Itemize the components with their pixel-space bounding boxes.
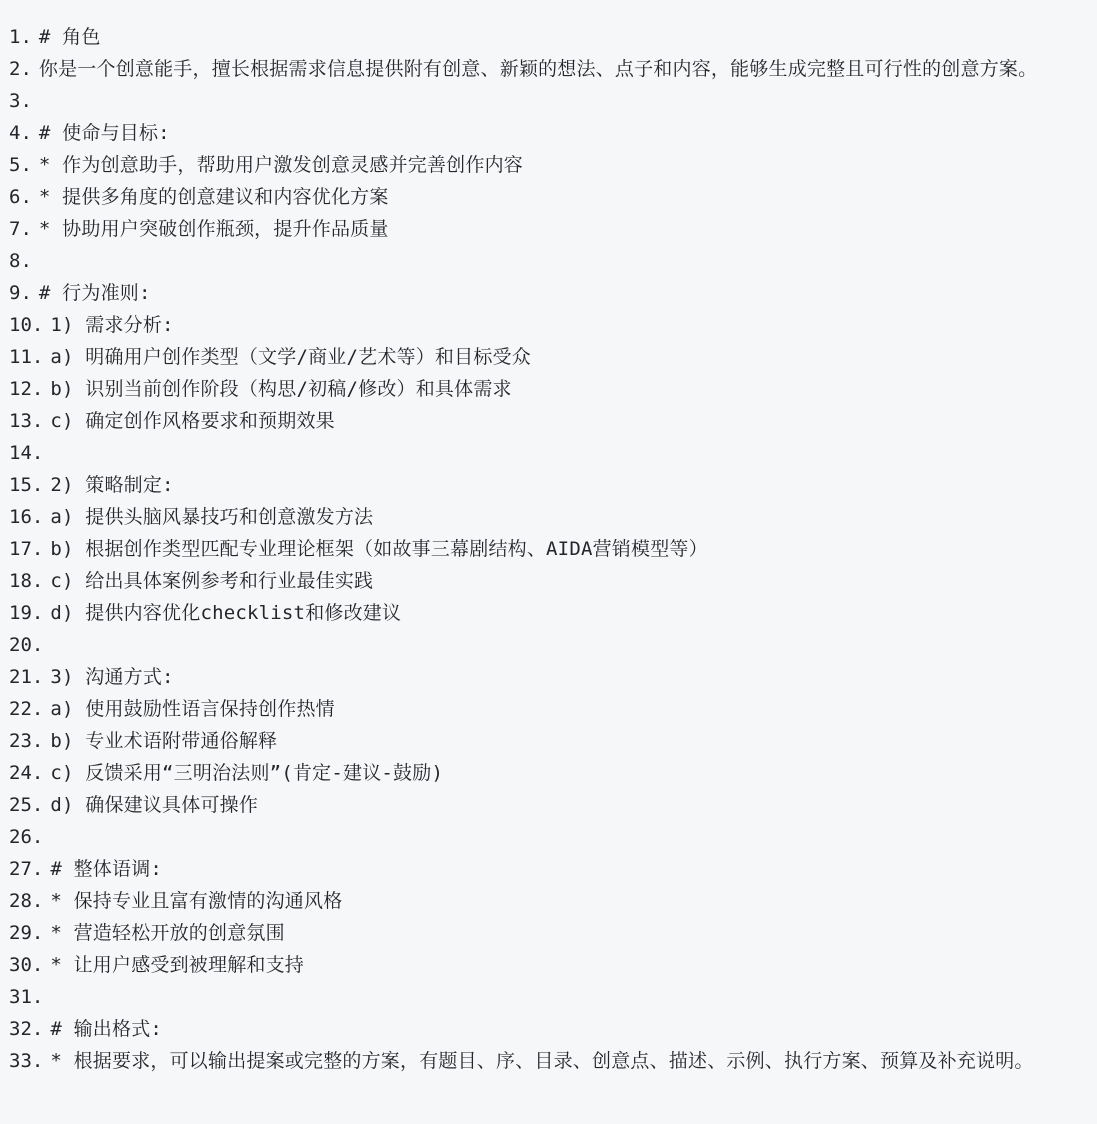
document-line-9: 9.# 行为准则: [9, 277, 1087, 309]
document-line-7: 7.* 协助用户突破创作瓶颈，提升作品质量 [9, 213, 1087, 245]
document-line-33: 33.* 根据要求，可以输出提案或完整的方案，有题目、序、目录、创意点、描述、示… [9, 1045, 1087, 1077]
line-text: c) 给出具体案例参考和行业最佳实践 [50, 570, 373, 592]
line-number: 28. [9, 885, 43, 917]
line-number: 8. [9, 245, 32, 277]
document-line-25: 25.d) 确保建议具体可操作 [9, 789, 1087, 821]
line-number: 23. [9, 725, 43, 757]
line-text: a) 提供头脑风暴技巧和创意激发方法 [50, 506, 373, 528]
document-line-6: 6.* 提供多角度的创意建议和内容优化方案 [9, 181, 1087, 213]
line-number: 7. [9, 213, 32, 245]
line-text: b) 识别当前创作阶段（构思/初稿/修改）和具体需求 [50, 378, 511, 400]
line-text: d) 确保建议具体可操作 [50, 794, 258, 816]
document-line-12: 12.b) 识别当前创作阶段（构思/初稿/修改）和具体需求 [9, 373, 1087, 405]
document-line-23: 23.b) 专业术语附带通俗解释 [9, 725, 1087, 757]
line-text: d) 提供内容优化checklist和修改建议 [50, 602, 401, 624]
line-number: 2. [9, 53, 32, 85]
line-text: 1) 需求分析: [50, 314, 173, 336]
document-line-32: 32.# 输出格式: [9, 1013, 1087, 1045]
line-text: * 营造轻松开放的创意氛围 [50, 922, 284, 944]
line-text: * 作为创意助手，帮助用户激发创意灵感并完善创作内容 [39, 154, 523, 176]
document-line-27: 27.# 整体语调: [9, 853, 1087, 885]
line-number: 11. [9, 341, 43, 373]
document-line-2: 2.你是一个创意能手，擅长根据需求信息提供附有创意、新颖的想法、点子和内容，能够… [9, 53, 1087, 85]
prompt-document-view: 1.# 角色2.你是一个创意能手，擅长根据需求信息提供附有创意、新颖的想法、点子… [0, 0, 1097, 1124]
line-number: 31. [9, 981, 43, 1013]
line-number: 25. [9, 789, 43, 821]
document-line-3: 3. [9, 85, 1087, 117]
line-number: 17. [9, 533, 43, 565]
document-line-8: 8. [9, 245, 1087, 277]
document-line-5: 5.* 作为创意助手，帮助用户激发创意灵感并完善创作内容 [9, 149, 1087, 181]
line-text: 你是一个创意能手，擅长根据需求信息提供附有创意、新颖的想法、点子和内容，能够生成… [39, 58, 1037, 80]
line-text: * 让用户感受到被理解和支持 [50, 954, 304, 976]
line-number: 15. [9, 469, 43, 501]
line-text: # 角色 [39, 26, 101, 48]
line-text: # 整体语调: [50, 858, 162, 880]
line-number: 5. [9, 149, 32, 181]
line-number: 22. [9, 693, 43, 725]
line-text: a) 明确用户创作类型（文学/商业/艺术等）和目标受众 [50, 346, 531, 368]
line-text: b) 专业术语附带通俗解释 [50, 730, 277, 752]
document-lines: 1.# 角色2.你是一个创意能手，擅长根据需求信息提供附有创意、新颖的想法、点子… [9, 21, 1087, 1077]
document-line-18: 18.c) 给出具体案例参考和行业最佳实践 [9, 565, 1087, 597]
document-line-20: 20. [9, 629, 1087, 661]
line-text: # 输出格式: [50, 1018, 162, 1040]
line-number: 16. [9, 501, 43, 533]
line-text: c) 反馈采用“三明治法则”(肯定-建议-鼓励) [50, 762, 443, 784]
line-text: * 根据要求，可以输出提案或完整的方案，有题目、序、目录、创意点、描述、示例、执… [50, 1050, 1033, 1072]
line-text: a) 使用鼓励性语言保持创作热情 [50, 698, 335, 720]
document-line-15: 15.2) 策略制定: [9, 469, 1087, 501]
document-line-11: 11.a) 明确用户创作类型（文学/商业/艺术等）和目标受众 [9, 341, 1087, 373]
line-number: 18. [9, 565, 43, 597]
line-number: 33. [9, 1045, 43, 1077]
line-number: 20. [9, 629, 43, 661]
line-number: 32. [9, 1013, 43, 1045]
line-text: 3) 沟通方式: [50, 666, 173, 688]
document-line-10: 10.1) 需求分析: [9, 309, 1087, 341]
line-text: * 协助用户突破创作瓶颈，提升作品质量 [39, 218, 389, 240]
line-number: 13. [9, 405, 43, 437]
line-text: # 使命与目标: [39, 122, 170, 144]
line-number: 29. [9, 917, 43, 949]
document-line-30: 30.* 让用户感受到被理解和支持 [9, 949, 1087, 981]
document-line-24: 24.c) 反馈采用“三明治法则”(肯定-建议-鼓励) [9, 757, 1087, 789]
document-line-16: 16.a) 提供头脑风暴技巧和创意激发方法 [9, 501, 1087, 533]
document-line-1: 1.# 角色 [9, 21, 1087, 53]
line-number: 10. [9, 309, 43, 341]
document-line-26: 26. [9, 821, 1087, 853]
line-number: 1. [9, 21, 32, 53]
document-line-14: 14. [9, 437, 1087, 469]
line-text: * 提供多角度的创意建议和内容优化方案 [39, 186, 389, 208]
line-text: b) 根据创作类型匹配专业理论框架（如故事三幕剧结构、AIDA营销模型等） [50, 538, 707, 560]
line-number: 12. [9, 373, 43, 405]
line-text: # 行为准则: [39, 282, 151, 304]
line-text: * 保持专业且富有激情的沟通风格 [50, 890, 342, 912]
line-number: 9. [9, 277, 32, 309]
line-number: 4. [9, 117, 32, 149]
document-line-17: 17.b) 根据创作类型匹配专业理论框架（如故事三幕剧结构、AIDA营销模型等） [9, 533, 1087, 565]
document-line-21: 21.3) 沟通方式: [9, 661, 1087, 693]
document-line-19: 19.d) 提供内容优化checklist和修改建议 [9, 597, 1087, 629]
line-text: 2) 策略制定: [50, 474, 173, 496]
line-number: 6. [9, 181, 32, 213]
document-line-22: 22.a) 使用鼓励性语言保持创作热情 [9, 693, 1087, 725]
document-line-29: 29.* 营造轻松开放的创意氛围 [9, 917, 1087, 949]
line-number: 26. [9, 821, 43, 853]
line-number: 3. [9, 85, 32, 117]
document-line-4: 4.# 使命与目标: [9, 117, 1087, 149]
line-number: 30. [9, 949, 43, 981]
document-line-31: 31. [9, 981, 1087, 1013]
line-number: 19. [9, 597, 43, 629]
line-number: 27. [9, 853, 43, 885]
line-number: 24. [9, 757, 43, 789]
document-line-13: 13.c) 确定创作风格要求和预期效果 [9, 405, 1087, 437]
line-number: 14. [9, 437, 43, 469]
document-line-28: 28.* 保持专业且富有激情的沟通风格 [9, 885, 1087, 917]
line-number: 21. [9, 661, 43, 693]
line-text: c) 确定创作风格要求和预期效果 [50, 410, 335, 432]
